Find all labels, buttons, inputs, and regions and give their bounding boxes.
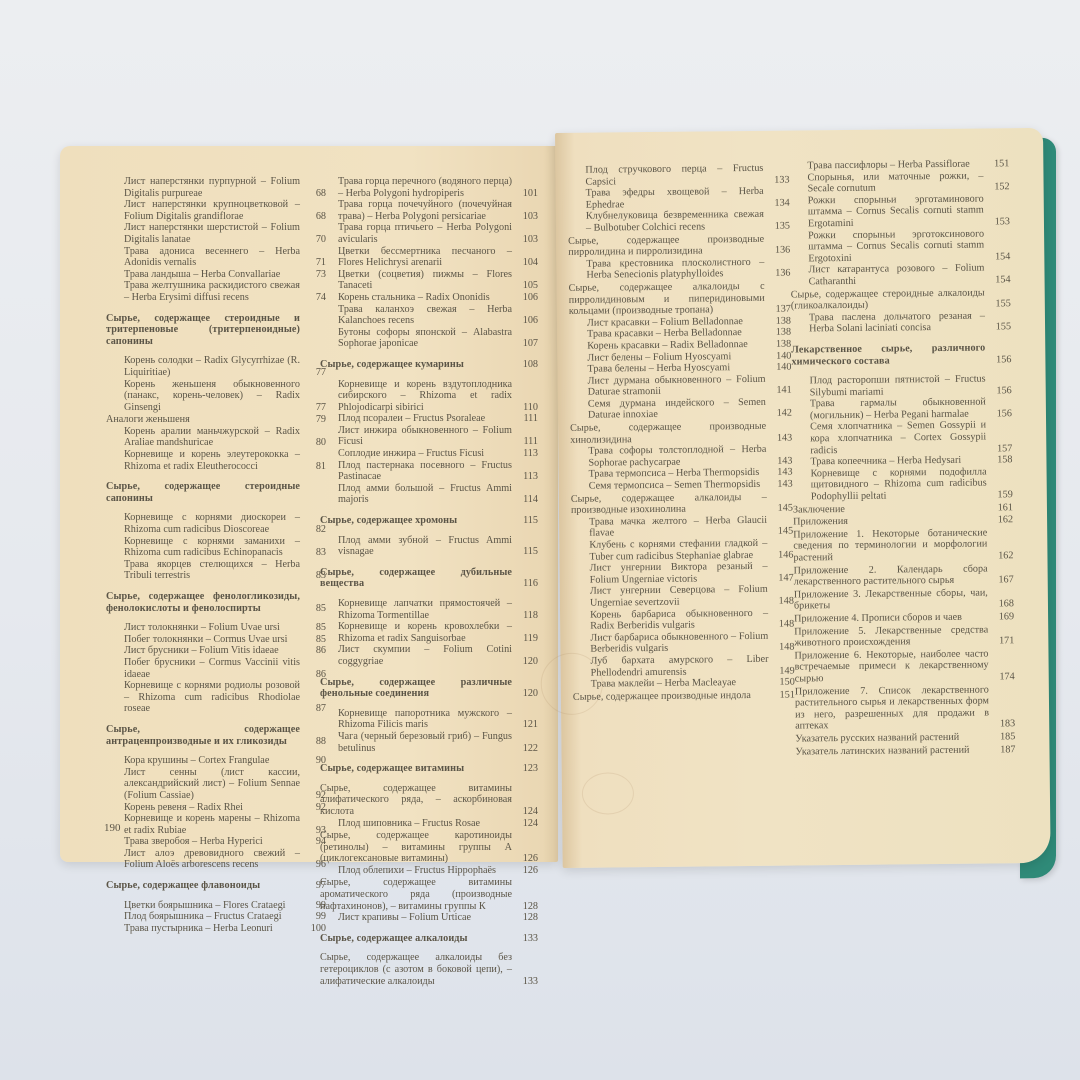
toc-entry-page: 143 (766, 455, 792, 467)
toc-entry-page: 124 (512, 806, 538, 818)
toc-entry-page: 128 (512, 901, 538, 913)
toc-entry: Семя дурмана индейского – Semen Daturae … (570, 396, 792, 422)
toc-entry: Сырье, содержащее алкалоиды без гетероци… (320, 952, 538, 987)
toc-entry: Корень ревеня – Radix Rhei92 (106, 802, 326, 814)
toc-entry-title: Приложение 6. Некоторые, наиболее часто … (794, 648, 988, 685)
toc-entry: Трава желтушника раскидистого свежая – H… (106, 280, 326, 303)
toc-section-heading: Сырье, содержащее различные фенольные со… (320, 677, 538, 700)
toc-entry: Корень женьшеня обыкновенного (панакс, к… (106, 379, 326, 414)
toc-entry-page: 143 (766, 432, 792, 444)
toc-entry-title: Семя термопсиса – Semen Thermopsidis (571, 479, 767, 493)
toc-entry-title: Сырье, содержащее хромоны (320, 515, 512, 527)
toc-entry-title: Корневище с корнями родиолы розовой – Rh… (106, 680, 300, 715)
toc-entry-page: 122 (512, 743, 538, 755)
toc-entry: Плод пастернака посевного – Fructus Past… (320, 460, 538, 483)
toc-entry: Сырье, содержащее витамины ароматическог… (320, 877, 538, 912)
toc-entry-title: Сырье, содержащее различные фенольные со… (320, 677, 512, 700)
toc-entry: Плод псоралеи – Fructus Psoraleae111 (320, 413, 538, 425)
toc-entry: Трава эфедры хвощевой – Herba Ephedrae13… (568, 186, 790, 212)
toc-entry: Приложение 1. Некоторые ботанические све… (793, 527, 1013, 564)
toc-entry-page: 145 (767, 503, 793, 515)
toc-entry: Лист барбариса обыкновенного – Folium Be… (572, 630, 794, 656)
toc-entry-title: Сырье, содержащее витамины (320, 763, 512, 775)
toc-entry-title: Плод амми большой – Fructus Ammi majoris (320, 483, 512, 506)
toc-entry-title: Кора крушины – Cortex Frangulae (106, 755, 300, 767)
toc-entry: Сырье, содержащее производные индола151 (573, 689, 795, 703)
toc-entry-title: Корневище и корень кровохлебки – Rhizoma… (320, 621, 512, 644)
toc-entry: Рожки спорыньи эрготаминового штамма – C… (790, 193, 1010, 230)
toc-entry: Трава якорцев стелющихся – Herba Tribuli… (106, 559, 326, 582)
toc-entry-title: Лист наперстянки шерстистой – Folium Dig… (106, 222, 300, 245)
toc-entry: Бутоны софоры японской – Alabastra Sopho… (320, 327, 538, 350)
toc-entry-title: Трава маклейи – Herba Macleayae (573, 677, 769, 691)
toc-entry: Цветки бессмертника песчаного – Flores H… (320, 246, 538, 269)
toc-entry-title: Трава горца птичьего – Herba Polygoni av… (320, 222, 512, 245)
toc-entry-title: Корень солодки – Radix Glycyrrhizae (R. … (106, 355, 300, 378)
toc-entry-title: Корневище с корнями подофилла щитовидног… (793, 466, 987, 503)
toc-entry-page: 146 (767, 549, 793, 561)
toc-entry-page: 187 (989, 744, 1015, 756)
toc-entry-page: 148 (768, 642, 794, 654)
toc-entry: Плод амми большой – Fructus Ammi majoris… (320, 483, 538, 506)
toc-entry-title: Сырье, содержащее алкалоиды с пирролидин… (569, 281, 765, 318)
toc-entry: Корневище и корень кровохлебки – Rhizoma… (320, 621, 538, 644)
toc-entry-page: 162 (987, 550, 1013, 562)
toc-entry-page: 161 (987, 502, 1013, 514)
toc-entry: Кора крушины – Cortex Frangulae90 (106, 755, 326, 767)
toc-entry-page: 101 (512, 188, 538, 200)
toc-entry-title: Сырье, содержащее витамины алифатическог… (320, 783, 512, 818)
toc-entry-title: Сырье, содержащее кумарины (320, 359, 512, 371)
toc-entry-page: 185 (989, 731, 1015, 743)
toc-entry-title: Корень ревеня – Radix Rhei (106, 802, 300, 814)
toc-entry: Лист наперстянки пурпурной – Folium Digi… (106, 176, 326, 199)
toc-entry-title: Трава гармалы обыкновенной (могильник) –… (792, 397, 986, 422)
toc-entry: Корень аралии маньчжурской – Radix Arali… (106, 426, 326, 449)
toc-entry-page: 103 (512, 234, 538, 246)
toc-entry-title: Луб бархата амурского – Liber Phellodend… (572, 654, 768, 679)
toc-entry-title: Трава якорцев стелющихся – Herba Tribuli… (106, 559, 300, 582)
toc-entry: Плод расторопши пятнистой – Fructus Sily… (792, 373, 1012, 398)
toc-column: Плод стручкового перца – Fructus Capsici… (567, 163, 795, 704)
toc-entry-title: Лист дурмана обыкновенного – Folium Datu… (570, 373, 766, 398)
toc-entry-title: Корень барбариса обыкновенного – Radix B… (572, 607, 768, 632)
toc-entry-title: Лист наперстянки пурпурной – Folium Digi… (106, 176, 300, 199)
toc-entry-page: 138 (765, 327, 791, 339)
toc-entry: Корень барбариса обыкновенного – Radix B… (572, 607, 794, 633)
toc-entry: Цветки боярышника – Flores Crataegi99 (106, 900, 326, 912)
toc-entry-page: 143 (767, 467, 793, 479)
toc-entry-title: Сырье, содержащее флавоноиды (106, 880, 300, 892)
toc-entry-page: 155 (985, 322, 1011, 334)
toc-entry-title: Клубень с корнями стефании гладкой – Tub… (571, 538, 767, 563)
toc-entry-title: Сырье, содержащее витамины ароматическог… (320, 877, 512, 912)
toc-entry-title: Плод боярышника – Fructus Crataegi (106, 911, 300, 923)
toc-entry-title: Трава мачка желтого – Herba Glaucii flav… (571, 515, 767, 540)
toc-entry-page: 156 (985, 354, 1011, 366)
toc-entry-title: Побег толокнянки – Cormus Uvae ursi (106, 634, 300, 646)
toc-entry-title: Соплодие инжира – Fructus Ficusi (320, 448, 512, 460)
toc-entry-page: 171 (988, 635, 1014, 647)
toc-entry: Трава адониса весеннего – Herba Adonidis… (106, 246, 326, 269)
toc-entry-page: 114 (512, 494, 538, 506)
toc-entry-title: Корневище лапчатки прямостоячей – Rhizom… (320, 598, 512, 621)
toc-entry: Сырье, содержащее алкалоиды с пирролидин… (569, 280, 791, 317)
toc-entry: Цветки (соцветия) пижмы – Flores Tanacet… (320, 269, 538, 292)
toc-entry: Аналоги женьшеня79 (106, 414, 326, 426)
toc-entry-page: 128 (512, 912, 538, 924)
toc-entry-page: 111 (512, 436, 538, 448)
toc-section-heading: Лекарственное сырье, различного химическ… (791, 342, 1011, 367)
toc-entry-title: Цветки бессмертника песчаного – Flores H… (320, 246, 512, 269)
toc-entry-page: 126 (512, 853, 538, 865)
toc-entry-page: 113 (512, 471, 538, 483)
toc-entry-page: 133 (512, 933, 538, 945)
toc-entry-title: Рожки спорыньи эрготаминового штамма – C… (790, 193, 984, 230)
toc-entry-title: Сырье, содержащее алкалоиды без гетероци… (320, 952, 512, 987)
toc-entry-title: Приложение 7. Список лекарственного раст… (795, 684, 989, 732)
page-number: 190 (104, 822, 121, 834)
toc-entry-title: Лист унгернии Виктора резаный – Folium U… (572, 561, 768, 586)
toc-entry: Луб бархата амурского – Liber Phellodend… (572, 653, 794, 679)
toc-entry: Клубень с корнями стефании гладкой – Tub… (571, 538, 793, 564)
toc-entry-page: 111 (512, 413, 538, 425)
toc-entry: Побег толокнянки – Cormus Uvae ursi85 (106, 634, 326, 646)
toc-entry-title: Трава горца перечного (водяного перца) –… (320, 176, 512, 199)
toc-entry: Побег брусники – Cormus Vaccinii vitis i… (106, 657, 326, 680)
toc-entry: Приложение 3. Лекарственные сборы, чаи, … (794, 587, 1014, 612)
toc-entry-title: Клубнелуковица безвременника свежая – Bu… (568, 209, 764, 234)
toc-entry-page: 156 (986, 408, 1012, 420)
toc-entry-page: 169 (988, 611, 1014, 623)
toc-entry-page: 120 (512, 688, 538, 700)
toc-entry-page: 147 (768, 572, 794, 584)
toc-entry-title: Семя хлопчатника – Semen Gossypii и кора… (792, 420, 986, 457)
toc-entry-title: Трава ландыша – Herba Convallariae (106, 269, 300, 281)
toc-entry: Лист унгернии Виктора резаный – Folium U… (572, 561, 794, 587)
toc-entry-page: 124 (512, 818, 538, 830)
toc-entry-title: Приложение 1. Некоторые ботанические све… (793, 527, 987, 564)
toc-entry: Сырье, содержащее витамины алифатическог… (320, 783, 538, 818)
toc-entry-page: 151 (769, 689, 795, 701)
toc-entry: Сырье, содержащее алкалоиды – производны… (571, 491, 793, 517)
toc-entry: Корневище с корнями диоскореи – Rhizoma … (106, 512, 326, 535)
toc-entry-title: Сырье, содержащее алкалоиды (320, 933, 512, 945)
toc-entry-page: 167 (988, 574, 1014, 586)
toc-entry-title: Трава горца почечуйного (почечуйная трав… (320, 199, 512, 222)
toc-entry-title: Корневище с корнями заманихи – Rhizoma c… (106, 536, 300, 559)
toc-entry-page: 103 (512, 211, 538, 223)
toc-entry-title: Лист наперстянки крупноцветковой – Foliu… (106, 199, 300, 222)
toc-entry: Плод стручкового перца – Fructus Capsici… (567, 163, 789, 189)
toc-section-heading: Сырье, содержащее дубильные вещества116 (320, 567, 538, 590)
toc-entry: Чага (черный березовый гриб) – Fungus be… (320, 731, 538, 754)
toc-entry: Лист сенны (лист кассии, александрийский… (106, 767, 326, 802)
toc-entry: Корень стальника – Radix Ononidis106 (320, 292, 538, 304)
toc-entry: Лист брусники – Folium Vitis idaeae86 (106, 645, 326, 657)
toc-entry-page: 121 (512, 719, 538, 731)
toc-entry-title: Трава каланхоэ свежая – Herba Kalanchoes… (320, 304, 512, 327)
toc-entry-page: 141 (766, 385, 792, 397)
toc-entry-page: 150 (769, 677, 795, 689)
toc-entry: Семя хлопчатника – Semen Gossypii и кора… (792, 420, 1012, 457)
toc-entry: Лист катарантуса розового – Folium Catha… (790, 263, 1010, 288)
toc-entry: Плод боярышника – Fructus Crataegi99 (106, 911, 326, 923)
toc-entry-title: Цветки (соцветия) пижмы – Flores Tanacet… (320, 269, 512, 292)
toc-entry-title: Плод шиповника – Fructus Rosae (320, 818, 512, 830)
toc-entry-title: Семя дурмана индейского – Semen Daturae … (570, 397, 766, 422)
toc-entry: Трава пустырника – Herba Leonuri100 (106, 923, 326, 935)
toc-entry-title: Сырье, содержащее производные индола (573, 690, 769, 704)
toc-entry-page: 143 (767, 479, 793, 491)
toc-entry-title: Рожки спорыньи эрготоксинового штамма – … (790, 228, 984, 265)
toc-entry-title: Приложения (793, 515, 987, 529)
toc-entry-title: Сырье, содержащее каротиноиды (ретинолы)… (320, 830, 512, 865)
toc-entry-page: 157 (986, 443, 1012, 455)
toc-entry-page: 106 (512, 315, 538, 327)
toc-entry-page: 113 (512, 448, 538, 460)
toc-entry: Трава горца перечного (водяного перца) –… (320, 176, 538, 199)
toc-entry: Клубнелуковица безвременника свежая – Bu… (568, 209, 790, 235)
toc-entry: Трава софоры толстоплодной – Herba Sopho… (570, 444, 792, 470)
paper-stain (582, 772, 634, 815)
toc-entry-page: 140 (765, 350, 791, 362)
toc-entry-title: Трава софоры толстоплодной – Herba Sopho… (570, 444, 766, 469)
toc-entry: Лист скумпии – Folium Cotini coggygriae1… (320, 644, 538, 667)
toc-entry-page: 110 (512, 402, 538, 414)
toc-entry: Указатель латинских названий растений187 (795, 744, 1015, 758)
toc-entry-title: Трава эфедры хвощевой – Herba Ephedrae (568, 186, 764, 211)
toc-section-heading: Сырье, содержащее хромоны115 (320, 515, 538, 527)
toc-entry-page: 149 (769, 665, 795, 677)
toc-column: Лист наперстянки пурпурной – Folium Digi… (106, 176, 326, 934)
toc-entry: Корневище папоротника мужского – Rhizoma… (320, 708, 538, 731)
toc-entry-page: 136 (764, 245, 790, 257)
toc-entry-page: 159 (987, 489, 1013, 501)
toc-entry-page: 156 (986, 385, 1012, 397)
toc-entry-title: Трава зверобоя – Herba Hyperici (106, 836, 300, 848)
toc-entry: Трава мачка желтого – Herba Glaucii flav… (571, 514, 793, 540)
toc-entry-page: 118 (512, 610, 538, 622)
toc-entry-title: Заключение (793, 502, 987, 516)
toc-entry: Плод амми зубной – Fructus Ammi visnagae… (320, 535, 538, 558)
toc-entry-page: 115 (512, 546, 538, 558)
toc-entry-page: 162 (987, 514, 1013, 526)
toc-section-heading: Сырье, содержащее алкалоиды133 (320, 933, 538, 945)
toc-entry: Корень солодки – Radix Glycyrrhizae (R. … (106, 355, 326, 378)
toc-entry-title: Сырье, содержащее производные хинолизиди… (570, 421, 766, 446)
toc-entry: Лист дурмана обыкновенного – Folium Datu… (570, 373, 792, 399)
toc-entry-title: Сырье, содержащее стероидные сапонины (106, 481, 300, 504)
toc-entry-page: 142 (766, 408, 792, 420)
toc-entry-title: Корневище и корень марены – Rhizoma et r… (106, 813, 300, 836)
toc-section-heading: Сырье, содержащее витамины123 (320, 763, 538, 775)
toc-entry-title: Плод псоралеи – Fructus Psoraleae (320, 413, 512, 425)
toc-entry: Корневище лапчатки прямостоячей – Rhizom… (320, 598, 538, 621)
toc-entry-title: Трава крестовника плосколистного – Herba… (568, 257, 764, 282)
toc-entry-page: 134 (764, 197, 790, 209)
toc-entry-title: Побег брусники – Cormus Vaccinii vitis i… (106, 657, 300, 680)
toc-entry-title: Корневище и корень элеутерококка – Rhizo… (106, 449, 300, 472)
toc-entry-title: Лекарственное сырье, различного химическ… (791, 342, 985, 367)
toc-entry-title: Лист скумпии – Folium Cotini coggygriae (320, 644, 512, 667)
toc-entry: Корневище и корень марены – Rhizoma et r… (106, 813, 326, 836)
toc-entry-title: Спорынья, или маточные рожки, – Secale c… (789, 170, 983, 195)
toc-section-heading: Сырье, содержащее стероидные сапонины (106, 481, 326, 504)
toc-entry: Трава ландыша – Herba Convallariae73 (106, 269, 326, 281)
toc-entry: Трава зверобоя – Herba Hyperici94 (106, 836, 326, 848)
toc-entry-title: Плод расторопши пятнистой – Fructus Sily… (792, 374, 986, 399)
toc-entry: Приложения162 (793, 514, 1013, 528)
toc-entry-page: 107 (512, 338, 538, 350)
toc-entry-title: Сырье, содержащее производные пирролидин… (568, 233, 764, 258)
toc-entry: Корневище с корнями заманихи – Rhizoma c… (106, 536, 326, 559)
toc-entry-title: Лист алоэ древовидного свежий – Folium A… (106, 848, 300, 871)
toc-entry-title: Указатель русских названий растений (795, 731, 989, 745)
toc-entry-title: Лист унгернии Северцова – Folium Ungerni… (572, 584, 768, 609)
toc-entry: Трава горца почечуйного (почечуйная трав… (320, 199, 538, 222)
toc-entry-page: 126 (512, 865, 538, 877)
toc-entry: Лист инжира обыкновенного – Folium Ficus… (320, 425, 538, 448)
toc-entry: Лист наперстянки шерстистой – Folium Dig… (106, 222, 326, 245)
toc-entry: Лист алоэ древовидного свежий – Folium A… (106, 848, 326, 871)
toc-entry-page: 120 (512, 656, 538, 668)
toc-entry-title: Плод пастернака посевного – Fructus Past… (320, 460, 512, 483)
toc-entry-title: Лист брусники – Folium Vitis idaeae (106, 645, 300, 657)
toc-entry: Сырье, содержащее стероидные алкалоиды (… (791, 287, 1011, 312)
toc-entry-title: Лист инжира обыкновенного – Folium Ficus… (320, 425, 512, 448)
toc-entry: Семя термопсиса – Semen Thermopsidis143 (571, 479, 793, 493)
toc-entry-title: Лист крапивы – Folium Urticae (320, 912, 512, 924)
toc-entry-title: Корневище папоротника мужского – Rhizoma… (320, 708, 512, 731)
toc-entry-page: 115 (512, 515, 538, 527)
toc-entry-page: 154 (985, 274, 1011, 286)
toc-entry-page: 108 (512, 359, 538, 371)
toc-entry: Корневище и корень вздутоплодника сибирс… (320, 379, 538, 414)
right-page: Плод стручкового перца – Fructus Capsici… (555, 128, 1051, 868)
toc-entry-page: 148 (768, 619, 794, 631)
toc-entry-title: Сырье, содержащее стероидные алкалоиды (… (791, 287, 985, 312)
toc-entry: Трава маклейи – Herba Macleayae150 (573, 677, 795, 691)
toc-entry: Лист крапивы – Folium Urticae128 (320, 912, 538, 924)
toc-entry-title: Лист толокнянки – Folium Uvae ursi (106, 622, 300, 634)
toc-entry-page: 148 (768, 595, 794, 607)
toc-entry-title: Бутоны софоры японской – Alabastra Sopho… (320, 327, 512, 350)
toc-entry: Приложение 2. Календарь сбора лекарствен… (794, 563, 1014, 588)
toc-entry-page: 145 (767, 526, 793, 538)
toc-entry: Лист наперстянки крупноцветковой – Foliu… (106, 199, 326, 222)
toc-entry: Корневище и корень элеутерококка – Rhizo… (106, 449, 326, 472)
toc-entry-page: 158 (986, 454, 1012, 466)
toc-entry: Приложение 4. Прописи сборов и чаев169 (794, 611, 1014, 625)
toc-entry: Трава гармалы обыкновенной (могильник) –… (792, 397, 1012, 422)
toc-entry: Приложение 7. Список лекарственного раст… (795, 684, 1015, 733)
toc-entry-page: 151 (983, 158, 1009, 170)
toc-entry-page: 136 (764, 268, 790, 280)
toc-entry-page: 168 (988, 599, 1014, 611)
toc-entry-title: Трава адониса весеннего – Herba Adonidis… (106, 246, 300, 269)
toc-entry: Соплодие инжира – Fructus Ficusi113 (320, 448, 538, 460)
toc-entry-title: Корень стальника – Radix Ononidis (320, 292, 512, 304)
toc-entry-page: 104 (512, 257, 538, 269)
toc-entry-page: 106 (512, 292, 538, 304)
toc-entry-title: Плод амми зубной – Fructus Ammi visnagae (320, 535, 512, 558)
toc-entry-page: 138 (765, 315, 791, 327)
toc-entry: Сырье, содержащее каротиноиды (ретинолы)… (320, 830, 538, 865)
toc-entry: Рожки спорыньи эрготоксинового штамма – … (790, 228, 1010, 265)
toc-entry: Трава паслена дольчатого резаная – Herba… (791, 310, 1011, 335)
toc-entry-title: Цветки боярышника – Flores Crataegi (106, 900, 300, 912)
toc-entry-title: Приложение 3. Лекарственные сборы, чаи, … (794, 587, 988, 612)
toc-entry-title: Трава пустырника – Herba Leonuri (106, 923, 300, 935)
toc-entry-title: Корневище и корень вздутоплодника сибирс… (320, 379, 512, 414)
toc-entry: Заключение161 (793, 502, 1013, 516)
toc-entry-title: Плод облепихи – Fructus Hippophaës (320, 865, 512, 877)
toc-entry-title: Корень аралии маньчжурской – Radix Arali… (106, 426, 300, 449)
toc-entry: Приложение 5. Лекарственные средства жив… (794, 624, 1014, 649)
toc-entry: Трава горца птичьего – Herba Polygoni av… (320, 222, 538, 245)
toc-section-heading: Сырье, содержащее кумарины108 (320, 359, 538, 371)
toc-entry-title: Трава желтушника раскидистого свежая – H… (106, 280, 300, 303)
toc-entry-title: Сырье, содержащее алкалоиды – производны… (571, 491, 767, 516)
toc-entry-title: Приложение 2. Календарь сбора лекарствен… (794, 563, 988, 588)
toc-entry-page: 133 (763, 174, 789, 186)
toc-entry-title: Указатель латинских названий растений (795, 744, 989, 758)
toc-entry-page: 152 (984, 181, 1010, 193)
toc-entry: Приложение 6. Некоторые, наиболее часто … (794, 648, 1014, 685)
toc-entry-title: Корневище с корнями диоскореи – Rhizoma … (106, 512, 300, 535)
toc-entry-title: Сырье, содержащее стероидные и тритерпен… (106, 313, 300, 348)
toc-entry-title: Приложение 4. Прописи сборов и чаев (794, 611, 988, 625)
toc-entry: Трава крестовника плосколистного – Herba… (568, 256, 790, 282)
toc-entry-page: 135 (764, 221, 790, 233)
toc-entry-title: Плод стручкового перца – Fructus Capsici (567, 163, 763, 188)
toc-entry-title: Лист катарантуса розового – Folium Catha… (790, 263, 984, 288)
toc-entry-page: 105 (512, 280, 538, 292)
toc-entry-title: Аналоги женьшеня (106, 414, 300, 426)
toc-section-heading: Сырье, содержащее стероидные и тритерпен… (106, 313, 326, 348)
toc-entry-page: 137 (765, 304, 791, 316)
toc-entry: Корневище с корнями родиолы розовой – Rh… (106, 680, 326, 715)
toc-entry-page: 153 (984, 216, 1010, 228)
toc-entry-page: 119 (512, 633, 538, 645)
toc-entry-page: 133 (512, 976, 538, 988)
toc-entry-page: 174 (989, 671, 1015, 683)
toc-entry-title: Корень женьшеня обыкновенного (панакс, к… (106, 379, 300, 414)
toc-entry: Указатель русских названий растений185 (795, 731, 1015, 745)
toc-entry-title: Лист барбариса обыкновенного – Folium Be… (572, 631, 768, 656)
toc-column: Трава горца перечного (водяного перца) –… (320, 176, 538, 987)
toc-section-heading: Сырье, содержащее фенологликозиды, фенол… (106, 591, 326, 614)
toc-entry: Плод шиповника – Fructus Rosae124 (320, 818, 538, 830)
toc-entry-title: Сырье, содержащее антраценпроизводные и … (106, 724, 300, 747)
toc-entry-page: 116 (512, 578, 538, 590)
toc-entry: Спорынья, или маточные рожки, – Secale c… (789, 170, 1009, 195)
toc-section-heading: Сырье, содержащее флавоноиды97 (106, 880, 326, 892)
toc-entry: Трава каланхоэ свежая – Herba Kalanchoes… (320, 304, 538, 327)
toc-entry-title: Чага (черный березовый гриб) – Fungus be… (320, 731, 512, 754)
toc-entry: Плод облепихи – Fructus Hippophaës126 (320, 865, 538, 877)
toc-entry-title: Сырье, содержащее фенологликозиды, фенол… (106, 591, 300, 614)
toc-entry-page: 138 (765, 338, 791, 350)
toc-entry: Лист унгернии Северцова – Folium Ungerni… (572, 584, 794, 610)
toc-entry-page: 123 (512, 763, 538, 775)
toc-entry-page: 183 (989, 719, 1015, 731)
toc-entry-title: Лист сенны (лист кассии, александрийский… (106, 767, 300, 802)
left-page: Лист наперстянки пурпурной – Folium Digi… (60, 146, 558, 862)
toc-section-heading: Сырье, содержащее антраценпроизводные и … (106, 724, 326, 747)
toc-entry-title: Сырье, содержащее дубильные вещества (320, 567, 512, 590)
